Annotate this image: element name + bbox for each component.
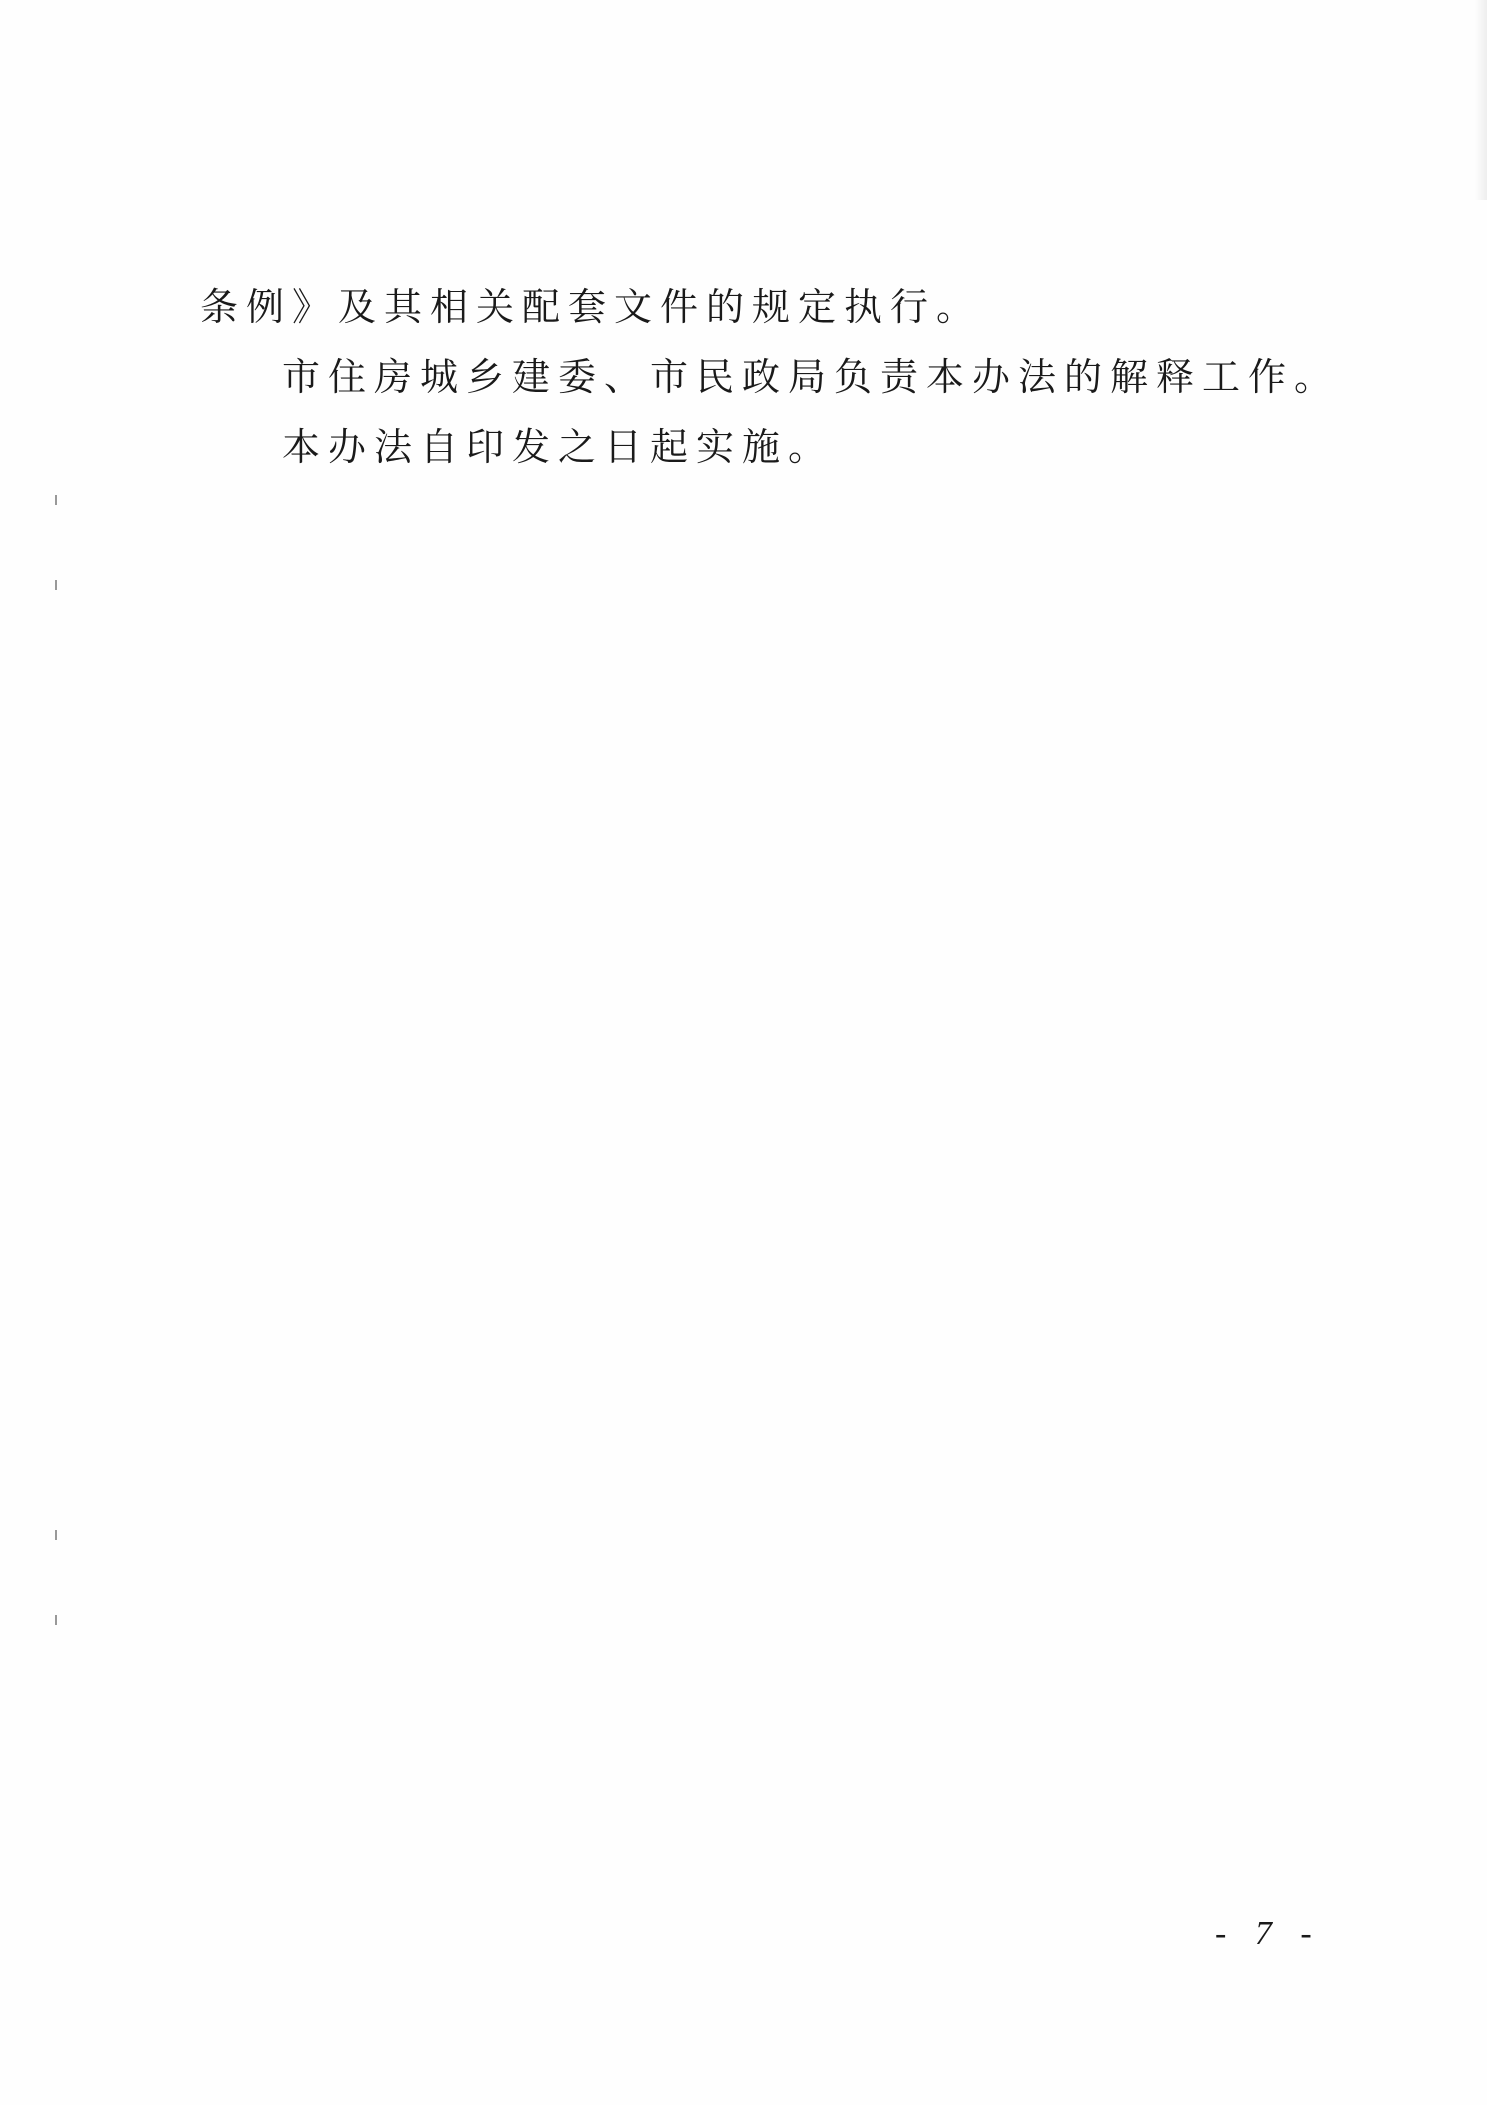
scan-edge-shadow (1475, 0, 1487, 200)
paragraph-effective-date: 本办法自印发之日起实施。 (282, 425, 834, 469)
paragraph-interpretation: 市住房城乡建委、市民政局负责本办法的解释工作。 (282, 355, 1340, 399)
binding-mark (55, 495, 57, 505)
binding-mark (55, 1615, 57, 1625)
paragraph-continuation: 条例》及其相关配套文件的规定执行。 (200, 285, 982, 329)
binding-mark (55, 1530, 57, 1540)
document-page: 条例》及其相关配套文件的规定执行。 市住房城乡建委、市民政局负责本办法的解释工作… (0, 0, 1487, 2105)
page-number: - 7 - (1215, 1915, 1322, 1953)
binding-mark (55, 580, 57, 590)
